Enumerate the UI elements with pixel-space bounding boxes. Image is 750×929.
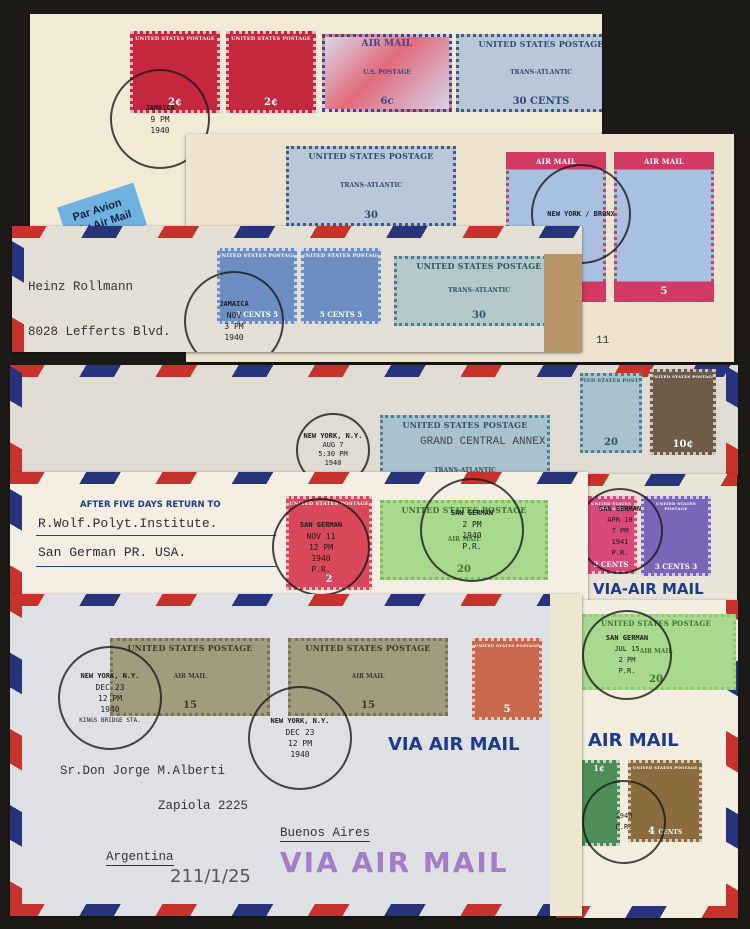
tape-strip xyxy=(544,254,582,352)
cover-6: UNITED STATES POSTAGE 2 CENTS UNITED STA… xyxy=(575,474,737,602)
airmail-border-bottom xyxy=(10,904,582,916)
address-rule-1 xyxy=(36,535,276,536)
airmail-border-bottom xyxy=(556,906,738,918)
cover-5: AFTER FIVE DAYS RETURN TO R.Wolf.Polyt.I… xyxy=(10,472,588,600)
cover-flap xyxy=(550,594,582,916)
addressee-name: Sr.Don Jorge M.Alberti xyxy=(60,764,225,779)
return-header: AFTER FIVE DAYS RETURN TO xyxy=(80,500,221,510)
postmark-kings-bridge-1: NEW YORK, N.Y. DEC 23 12 PM 1940 KINGS B… xyxy=(58,646,162,750)
airmail-border-right xyxy=(726,365,738,477)
stamp-2c-red-2: UNITED STATES POSTAGE 2¢ xyxy=(226,31,316,113)
postmark-san-german-apr: SAN GERMAN APR 10 7 PM 1941 P.R. xyxy=(577,488,663,574)
stamp-30c-trans-atlantic: UNITED STATES POSTAGE TRANS-ATLANTIC 30 xyxy=(394,256,564,326)
airmail-border-top xyxy=(10,472,588,484)
imprint-via-air-mail: VIA AIR MAIL xyxy=(388,734,520,755)
airmail-border-left xyxy=(12,226,24,352)
cover-4: UNITED STATES POSTAGE 20 UNITED STATES P… xyxy=(10,365,738,477)
address-rule-2 xyxy=(36,566,276,567)
stamp-10c-brown: UNITED STATES POSTAGE 10¢ xyxy=(650,369,716,455)
cover-8: UNITED STATES POSTAGE AIR MAIL 15 UNITED… xyxy=(10,594,582,916)
stamp-6c-eagle-airmail: AIR MAIL U.S. POSTAGE 6c xyxy=(322,34,452,112)
airmail-border-left xyxy=(10,365,22,477)
airmail-border-left xyxy=(10,472,22,600)
handstamp-via-air-mail: VIA AIR MAIL xyxy=(280,846,509,879)
postmark-new-york-aug7: NEW YORK, N.Y. AUG 7 5:30 PM 1940 xyxy=(296,413,370,477)
postmark-kings-bridge-2: NEW YORK, N.Y. DEC 23 12 PM 1940 xyxy=(248,686,352,790)
postmark-san-german-nov: SAN GERMAN NOV 11 12 PM 1940 P.R. xyxy=(272,498,370,596)
return-city: San German PR. USA. xyxy=(38,545,186,560)
addressee-street: Zapiola 2225 xyxy=(158,799,248,814)
addressee-country: Argentina xyxy=(106,850,174,866)
airmail-border-left xyxy=(10,594,22,916)
stamp-30c-trans-atlantic: UNITED STATES POSTAGE TRANS-ATLANTIC 30 … xyxy=(456,34,602,112)
airmail-border-top xyxy=(10,594,582,606)
postmark-san-german-1940: 1940 P.R. xyxy=(582,780,666,864)
postmark-san-german-2pm: SAN GERMAN 2 PM 1940 P.R. xyxy=(420,478,524,582)
pencil-note: 211/1/25 xyxy=(170,866,251,887)
airmail-border-top xyxy=(12,226,582,238)
cover-7: UNITED STATES POSTAGE AIR MAIL 20 SAN GE… xyxy=(556,600,738,918)
addressee-city: Buenos Aires xyxy=(280,826,370,842)
postmark-san-german-jul: SAN GERMAN JUL 15 2 PM P.R. xyxy=(582,610,672,700)
return-address: Heinz Rollmann 8028 Lefferts Blvd. Kew G… xyxy=(28,250,171,352)
imprint-air-mail: AIR MAIL xyxy=(588,730,679,751)
stamp-30c-trans-atlantic: UNITED STATES POSTAGE TRANS-ATLANTIC 30 xyxy=(286,146,456,226)
stamp-20c-trans-atlantic: UNITED STATES POSTAGE 20 xyxy=(580,373,642,453)
marking-number: 11 xyxy=(596,334,609,349)
stamp-5c-blue-2: UNITED STATES POSTAGE 5 CENTS 5 xyxy=(301,248,381,324)
cover-3: Heinz Rollmann 8028 Lefferts Blvd. Kew G… xyxy=(12,226,582,352)
imprint-via-air-mail: VIA-AIR MAIL xyxy=(593,580,704,598)
airmail-border-top xyxy=(575,474,737,486)
stamp-5c-orange: UNITED STATES POSTAGE 5 xyxy=(472,638,542,720)
cancel-grand-central: GRAND CENTRAL ANNEX xyxy=(420,435,545,450)
return-name: R.Wolf.Polyt.Institute. xyxy=(38,516,217,531)
